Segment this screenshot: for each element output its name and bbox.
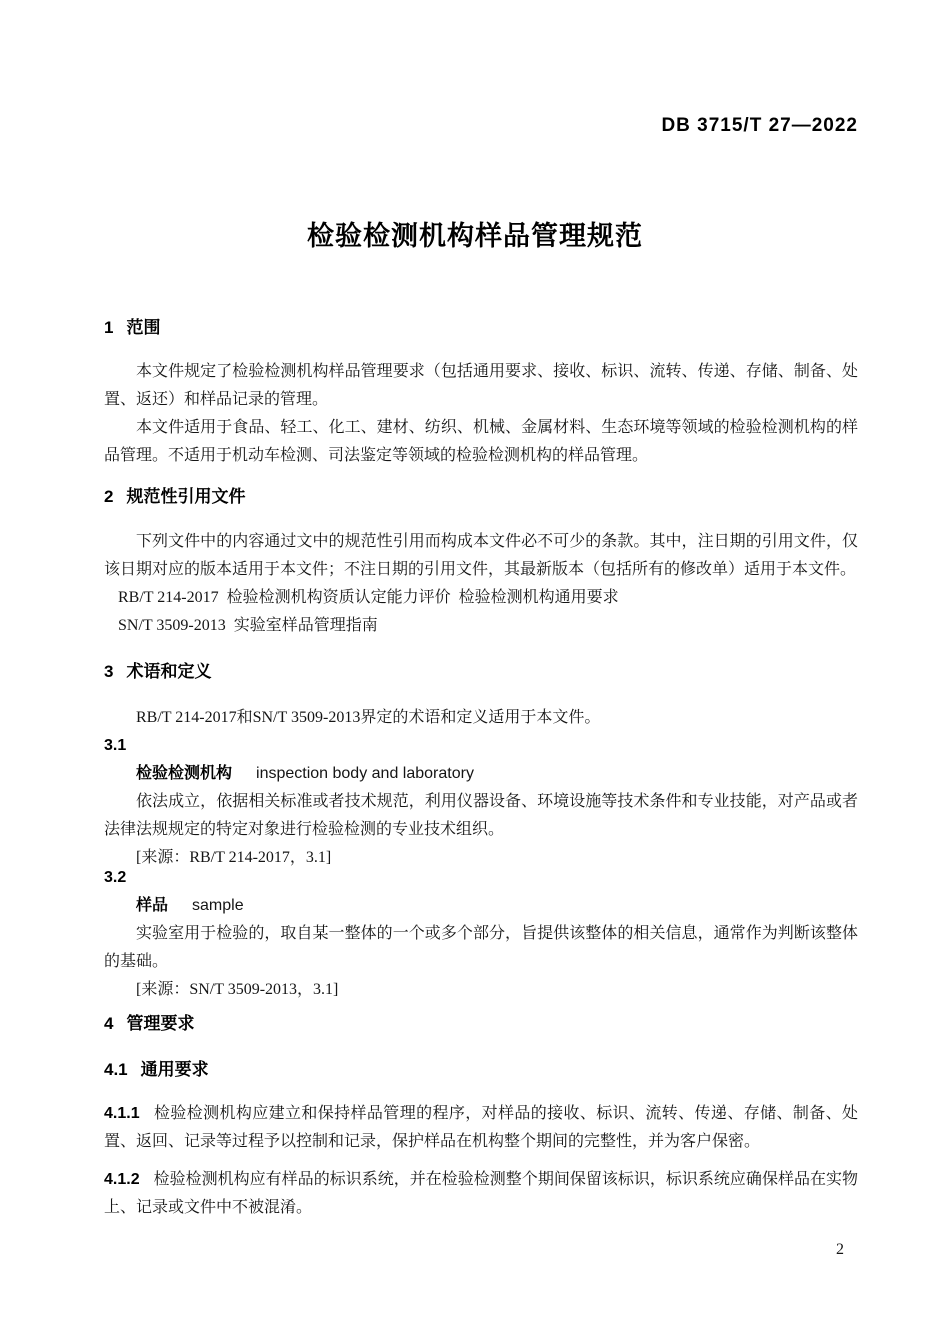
section-2-number: 2 [104, 487, 113, 506]
clause-4-1-2-number: 4.1.2 [104, 1171, 140, 1188]
clause-4-1-1-number: 4.1.1 [104, 1105, 140, 1122]
term-3-2-english: sample [192, 897, 244, 914]
page-number: 2 [826, 1240, 854, 1260]
section-4-number: 4 [104, 1014, 113, 1033]
clause-4-1-1-text: 检验检测机构应建立和保持样品管理的程序，对样品的接收、标识、流转、传递、存储、制… [104, 1105, 858, 1150]
section-2-paragraph-1: 下列文件中的内容通过文中的规范性引用而构成本文件必不可少的条款。其中，注日期的引… [104, 528, 858, 584]
term-3-2-chinese: 样品 [136, 897, 168, 914]
section-1-title: 范围 [126, 318, 160, 337]
section-3-intro: RB/T 214-2017和SN/T 3509-2013界定的术语和定义适用于本… [104, 704, 858, 732]
term-3-2-definition: 实验室用于检验的，取自某一整体的一个或多个部分，旨提供该整体的相关信息，通常作为… [104, 920, 858, 976]
document-page: DB 3715/T 27—2022 检验检测机构样品管理规范 1范围 本文件规定… [0, 0, 950, 1344]
clause-4-1-2: 4.1.2检验检测机构应有样品的标识系统，并在检验检测整个期间保留该标识，标识系… [104, 1166, 858, 1222]
section-4-heading: 4管理要求 [104, 1014, 858, 1034]
section-4-1-heading: 4.1通用要求 [104, 1060, 858, 1080]
section-2-heading: 2规范性引用文件 [104, 487, 858, 507]
section-1-paragraph-1: 本文件规定了检验检测机构样品管理要求（包括通用要求、接收、标识、流转、传递、存储… [104, 358, 858, 414]
normative-reference-2: SN/T 3509-2013 实验室样品管理指南 [104, 612, 858, 640]
term-3-1-number: 3.1 [104, 732, 858, 760]
section-1-number: 1 [104, 318, 113, 337]
term-3-2-source: [来源：SN/T 3509-2013，3.1] [104, 976, 858, 1004]
section-3-number: 3 [104, 662, 113, 681]
section-1-heading: 1范围 [104, 318, 858, 338]
term-3-2: 样品sample [104, 892, 858, 920]
normative-reference-1: RB/T 214-2017 检验检测机构资质认定能力评价 检验检测机构通用要求 [104, 584, 858, 612]
term-3-1-chinese: 检验检测机构 [136, 765, 232, 782]
document-body: 1范围 本文件规定了检验检测机构样品管理要求（包括通用要求、接收、标识、流转、传… [104, 310, 858, 1222]
section-3-heading: 3术语和定义 [104, 662, 858, 682]
term-3-1: 检验检测机构inspection body and laboratory [104, 760, 858, 788]
section-4-1-number: 4.1 [104, 1060, 128, 1079]
section-3-title: 术语和定义 [126, 662, 211, 681]
section-2-title: 规范性引用文件 [126, 487, 245, 506]
clause-4-1-2-text: 检验检测机构应有样品的标识系统，并在检验检测整个期间保留该标识，标识系统应确保样… [104, 1171, 858, 1216]
term-3-1-definition: 依法成立，依据相关标准或者技术规范，利用仪器设备、环境设施等技术条件和专业技能，… [104, 788, 858, 844]
clause-4-1-1: 4.1.1检验检测机构应建立和保持样品管理的程序，对样品的接收、标识、流转、传递… [104, 1100, 858, 1156]
document-title: 检验检测机构样品管理规范 [0, 214, 950, 253]
term-3-1-english: inspection body and laboratory [256, 765, 474, 782]
standard-code: DB 3715/T 27—2022 [661, 115, 858, 137]
section-4-title: 管理要求 [126, 1014, 194, 1033]
section-4-1-title: 通用要求 [141, 1060, 209, 1079]
section-1-paragraph-2: 本文件适用于食品、轻工、化工、建材、纺织、机械、金属材料、生态环境等领域的检验检… [104, 414, 858, 470]
